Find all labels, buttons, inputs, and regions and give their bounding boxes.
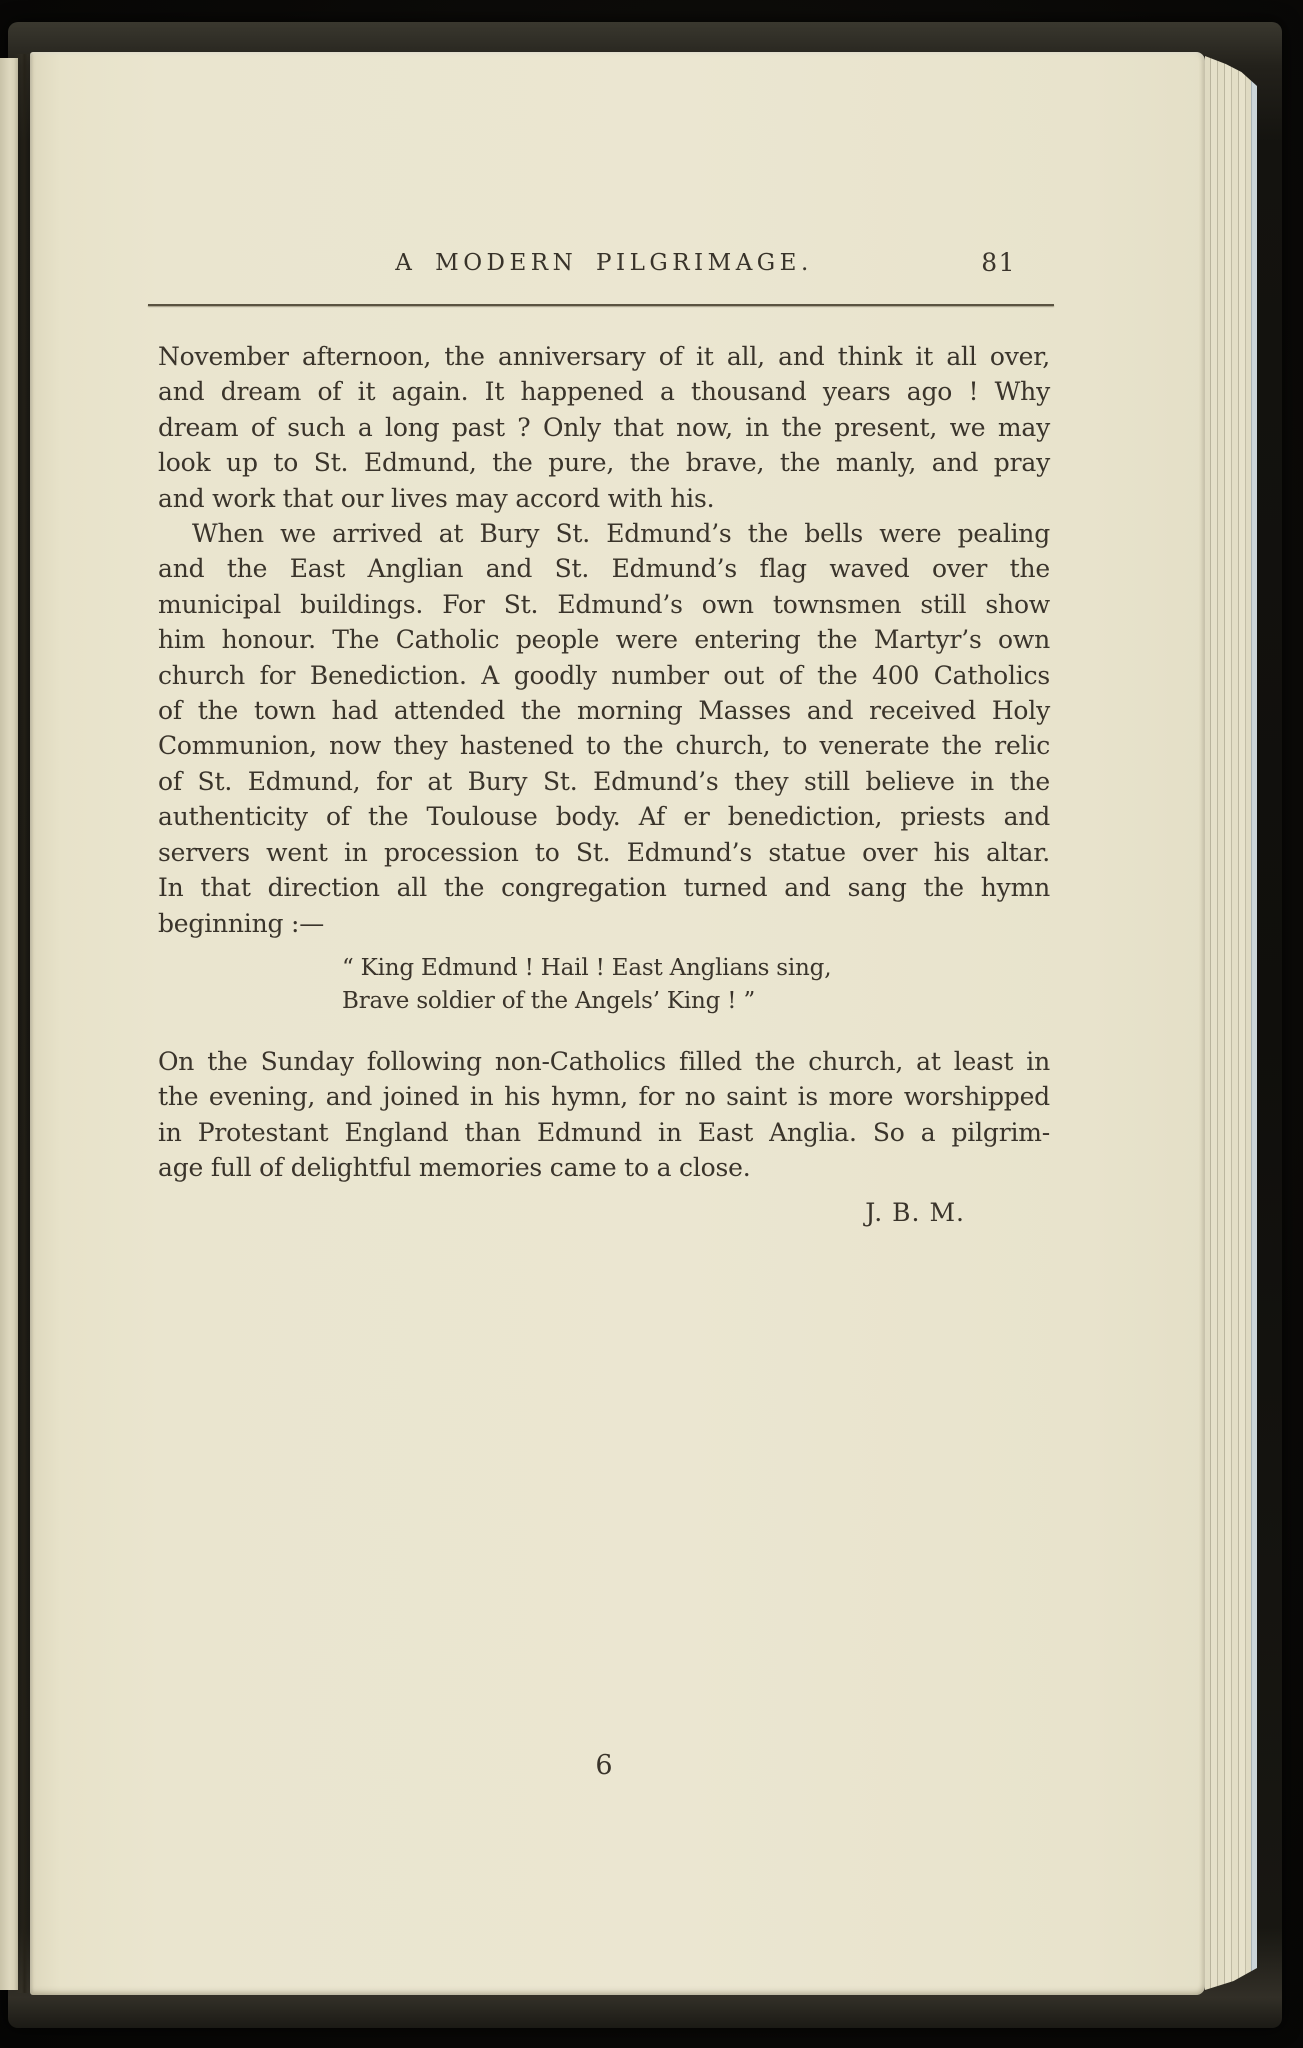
paragraph-arrival: When we arrived at Bury St. Edmund’s the…	[158, 516, 1050, 941]
signature-mark: 6	[158, 1750, 1050, 1781]
hymn-verse: “ King Edmund ! Hail ! East Anglians sin…	[158, 952, 1050, 1018]
book-scan: A MODERN PILGRIMAGE. 81 November afterno…	[0, 0, 1303, 2048]
hymn-line: Brave soldier of the Angels’ King ! ”	[342, 985, 1050, 1018]
text-line: of St. Edmund, for at Bury St. Edmund’s …	[158, 764, 1050, 799]
text-line: municipal buildings. For St. Edmund’s ow…	[158, 587, 1050, 622]
page-number: 81	[981, 248, 1016, 277]
text-line: In that direction all the congregation t…	[158, 870, 1050, 905]
text-line: age full of delightful memories came to …	[158, 1150, 1050, 1185]
text-line: When we arrived at Bury St. Edmund’s the…	[158, 516, 1050, 551]
text-line: On the Sunday following non-Catholics fi…	[158, 1044, 1050, 1079]
text-line: look up to St. Edmund, the pure, the bra…	[158, 445, 1050, 480]
body-text: November afternoon, the anniversary of i…	[158, 339, 1050, 1230]
header-rule	[148, 304, 1054, 306]
paragraph-november: November afternoon, the anniversary of i…	[158, 339, 1050, 516]
author-initials: J. B. M.	[158, 1195, 1050, 1230]
running-header: A MODERN PILGRIMAGE. 81	[158, 248, 1050, 290]
text-line: of the town had attended the morning Mas…	[158, 693, 1050, 728]
text-line: him honour. The Catholic people were ent…	[158, 622, 1050, 657]
text-line: dream of such a long past ? Only that no…	[158, 410, 1050, 445]
text-line: beginning :—	[158, 906, 1050, 941]
text-line: the evening, and joined in his hymn, for…	[158, 1079, 1050, 1114]
text-line: authenticity of the Toulouse body. Af er…	[158, 799, 1050, 834]
text-line: church for Benediction. A goodly number …	[158, 658, 1050, 693]
text-line: November afternoon, the anniversary of i…	[158, 339, 1050, 374]
paragraph-sunday: On the Sunday following non-Catholics fi…	[158, 1044, 1050, 1186]
text-line: Communion, now they hastened to the chur…	[158, 728, 1050, 763]
text-line: and dream of it again. It happened a tho…	[158, 374, 1050, 409]
text-line: and work that our lives may accord with …	[158, 481, 1050, 516]
text-line: servers went in procession to St. Edmund…	[158, 835, 1050, 870]
book-page: A MODERN PILGRIMAGE. 81 November afterno…	[30, 52, 1205, 1995]
running-header-title: A MODERN PILGRIMAGE.	[158, 250, 1050, 276]
page-fore-edges	[1205, 56, 1257, 1990]
text-line: and the East Anglian and St. Edmund’s fl…	[158, 551, 1050, 586]
gutter-shadow	[14, 54, 34, 1993]
text-line: in Protestant England than Edmund in Eas…	[158, 1115, 1050, 1150]
hymn-line: “ King Edmund ! Hail ! East Anglians sin…	[342, 952, 1050, 985]
